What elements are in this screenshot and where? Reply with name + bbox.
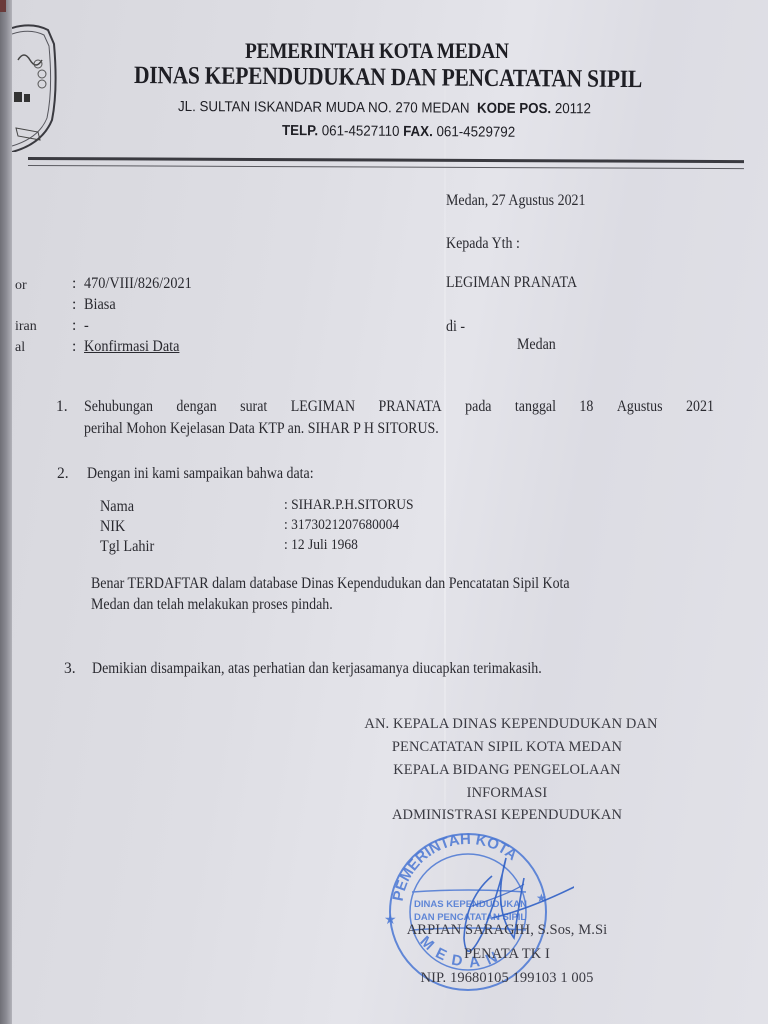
telp-number: 061-4527110 bbox=[322, 123, 400, 140]
meta-colon: : bbox=[72, 296, 76, 314]
letterhead-contact: TELP. 061-4527110 FAX. 061-4529792 bbox=[282, 123, 515, 141]
meta-label-attachment: iran bbox=[15, 319, 37, 335]
word: Sehubungan bbox=[84, 398, 153, 416]
letter-subject: Konfirmasi Data bbox=[84, 338, 179, 356]
letter-number: 470/VIII/826/2021 bbox=[84, 275, 192, 293]
signatory-nip: NIP. 19680105 199103 1 005 bbox=[352, 970, 662, 987]
place-date: Medan, 27 Agustus 2021 bbox=[446, 192, 586, 210]
word: tanggal bbox=[515, 398, 556, 416]
word: 18 bbox=[579, 398, 593, 416]
postal-label: KODE POS. bbox=[477, 101, 551, 117]
meta-colon: : bbox=[72, 338, 76, 356]
data-label-birthdate: Tgl Lahir bbox=[100, 538, 154, 556]
letterhead-government: PEMERINTAH KOTA MEDAN bbox=[245, 38, 509, 64]
signature-title-1: AN. KEPALA DINAS KEPENDUDUKAN DAN bbox=[356, 716, 666, 733]
paper-left-shadow bbox=[0, 0, 12, 1024]
address-text: JL. SULTAN ISKANDAR MUDA NO. 270 MEDAN bbox=[178, 99, 470, 117]
paragraph-2-number: 2. bbox=[57, 465, 69, 483]
paragraph-1-line-2: perihal Mohon Kejelasan Data KTP an. SIH… bbox=[84, 420, 439, 438]
city-coat-of-arms-icon bbox=[12, 20, 64, 152]
recipient-name: LEGIMAN PRANATA bbox=[446, 274, 577, 292]
signature-title-3: KEPALA BIDANG PENGELOLAAN bbox=[352, 762, 662, 779]
letter-nature: Biasa bbox=[84, 296, 116, 314]
telp-label: TELP. bbox=[282, 123, 318, 139]
status-line-1: Benar TERDAFTAR dalam database Dinas Kep… bbox=[91, 575, 570, 593]
data-value-nik: : 3173021207680004 bbox=[284, 517, 399, 534]
word: Agustus bbox=[617, 398, 663, 416]
word: surat bbox=[240, 398, 267, 416]
paragraph-1-number: 1. bbox=[56, 398, 68, 416]
data-label-nik: NIK bbox=[100, 518, 125, 536]
data-value-name: : SIHAR.P.H.SITORUS bbox=[284, 497, 414, 514]
paragraph-1-line-1: SehubungandengansuratLEGIMANPRANATApadat… bbox=[84, 398, 714, 416]
paragraph-2-text: Dengan ini kami sampaikan bahwa data: bbox=[87, 465, 314, 483]
meta-colon: : bbox=[72, 275, 76, 293]
signatory-rank: PENATA TK I bbox=[352, 946, 662, 963]
meta-label-subject: al bbox=[15, 340, 25, 356]
signatory-name: ARPIAN SARAGIH, S.Sos, M.Si bbox=[352, 922, 662, 939]
word: PRANATA bbox=[378, 398, 441, 416]
paragraph-3-number: 3. bbox=[64, 660, 76, 678]
data-label-name: Nama bbox=[100, 498, 134, 516]
letter-attachment: - bbox=[84, 317, 89, 335]
word: LEGIMAN bbox=[291, 398, 355, 416]
paper-corner bbox=[0, 0, 6, 12]
recipient-city: Medan bbox=[517, 336, 556, 354]
letterhead-address: JL. SULTAN ISKANDAR MUDA NO. 270 MEDAN K… bbox=[178, 99, 591, 117]
recipient-di: di - bbox=[446, 318, 465, 336]
word: 2021 bbox=[686, 398, 714, 416]
to-label: Kepada Yth : bbox=[446, 235, 520, 253]
word: pada bbox=[465, 398, 491, 416]
letterhead-agency: DINAS KEPENDUDUKAN DAN PENCATATAN SIPIL bbox=[134, 62, 642, 94]
letterhead-divider bbox=[28, 157, 744, 169]
letter-page: PEMERINTAH KOTA MEDAN DINAS KEPENDUDUKAN… bbox=[12, 0, 768, 1024]
status-line-2: Medan dan telah melakukan proses pindah. bbox=[91, 596, 333, 614]
signature-title-4: INFORMASI bbox=[352, 785, 662, 802]
data-value-birthdate: : 12 Juli 1968 bbox=[284, 537, 358, 554]
signature-title-2: PENCATATAN SIPIL KOTA MEDAN bbox=[352, 739, 662, 756]
postal-code: 20112 bbox=[555, 101, 591, 117]
word: dengan bbox=[176, 398, 216, 416]
meta-colon: : bbox=[72, 317, 76, 335]
fax-number: 061-4529792 bbox=[436, 124, 515, 141]
fax-label: FAX. bbox=[403, 124, 433, 140]
paragraph-3-text: Demikian disampaikan, atas perhatian dan… bbox=[92, 660, 542, 678]
meta-label-number: or bbox=[15, 278, 27, 294]
